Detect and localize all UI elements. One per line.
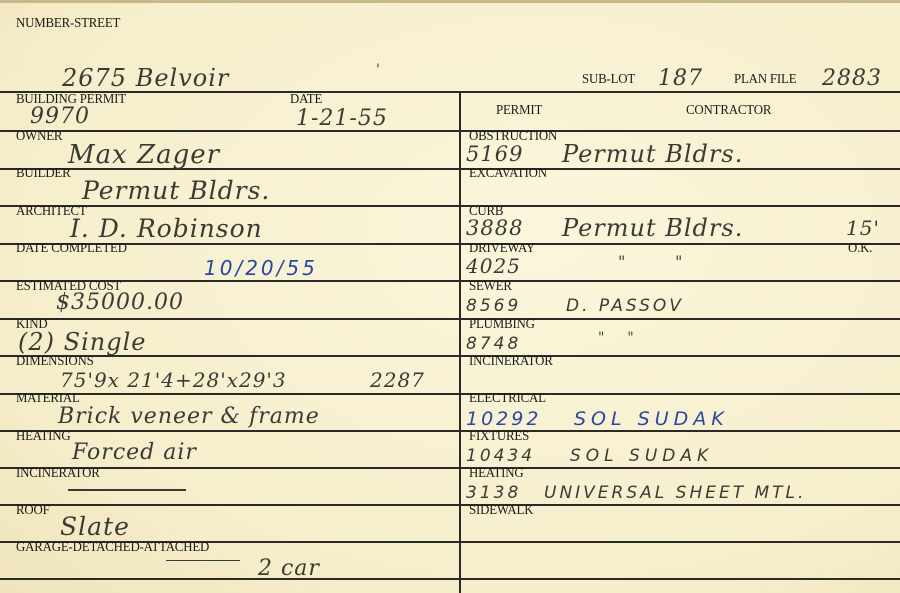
plan-file-value: 2883 (822, 66, 882, 91)
permit-card: NUMBER-STREET 2675 Belvoir ' SUB-LOT 187… (0, 0, 900, 593)
plumbing-permit: 8748 (466, 334, 521, 354)
dimensions-extra: 2287 (370, 368, 425, 392)
date-completed-label: DATE COMPLETED (16, 241, 127, 257)
row-rule (0, 280, 900, 282)
driveway-note: O.K. (848, 241, 872, 257)
card-top-edge (0, 0, 900, 3)
stray-mark: ' (376, 62, 381, 78)
sub-lot-value: 187 (658, 66, 703, 91)
curb-permit: 3888 (466, 216, 523, 240)
attached-underline (166, 560, 240, 561)
electrical-label: ELECTRICAL (469, 391, 546, 407)
row-rule (0, 393, 900, 395)
row-rule (0, 205, 900, 207)
contractor-column-header: CONTRACTOR (686, 103, 771, 119)
driveway-contractor: " " (618, 252, 683, 271)
date-completed-value: 10/20/55 (204, 256, 318, 280)
builder-value: Permut Bldrs. (82, 176, 270, 205)
roof-value: Slate (60, 512, 130, 541)
row-rule (0, 430, 900, 432)
incinerator-dash (68, 489, 186, 491)
kind-value: (2) Single (18, 328, 146, 356)
header-rule (0, 91, 900, 93)
plumbing-contractor: " " (598, 330, 635, 346)
row-rule (0, 130, 900, 132)
column-divider (459, 91, 461, 593)
architect-value: I. D. Robinson (70, 214, 263, 243)
estimated-cost-value: $35000.00 (56, 290, 184, 315)
fixtures-label: FIXTURES (469, 429, 529, 445)
fixtures-permit: 10434 (466, 446, 535, 466)
electrical-permit: 10292 (466, 408, 541, 430)
row-rule (0, 578, 900, 580)
sewer-permit: 8569 (466, 296, 521, 316)
row-rule (0, 243, 900, 245)
obstruction-contractor: Permut Bldrs. (562, 140, 743, 168)
number-street-label: NUMBER-STREET (16, 16, 120, 32)
row-rule (0, 467, 900, 469)
plan-file-label: PLAN FILE (734, 72, 796, 88)
obstruction-permit: 5169 (466, 142, 523, 166)
heating-label: HEATING (16, 429, 71, 445)
building-permit-value: 9970 (30, 104, 90, 129)
fixtures-contractor: SOL SUDAK (570, 446, 713, 466)
incinerator-label: INCINERATOR (16, 466, 100, 482)
owner-label: OWNER (16, 129, 62, 145)
heating-contractor: UNIVERSAL SHEET MTL. (544, 483, 806, 503)
garage-value: 2 car (258, 556, 320, 581)
sidewalk-label: SIDEWALK (469, 503, 533, 519)
plumbing-label: PLUMBING (469, 317, 535, 333)
number-street-value: 2675 Belvoir (62, 64, 229, 92)
dimensions-value: 75'9x 21'4+28'x29'3 (60, 368, 287, 392)
owner-value: Max Zager (68, 140, 220, 170)
curb-note: 15' (846, 216, 880, 240)
sewer-contractor: D. PASSOV (566, 296, 684, 316)
roof-label: ROOF (16, 503, 50, 519)
date-value: 1-21-55 (296, 106, 388, 131)
material-value: Brick veneer & frame (58, 404, 320, 429)
electrical-contractor: SOL SUDAK (574, 408, 729, 430)
incinerator-permit-label: INCINERATOR (469, 354, 553, 370)
row-rule (0, 318, 900, 320)
builder-label: BUILDER (16, 166, 71, 182)
sub-lot-label: SUB-LOT (582, 72, 635, 88)
sewer-label: SEWER (469, 279, 512, 295)
driveway-permit: 4025 (466, 254, 521, 278)
curb-contractor: Permut Bldrs. (562, 214, 743, 242)
garage-label: GARAGE-DETACHED-ATTACHED (16, 540, 209, 556)
heating-value: Forced air (72, 440, 197, 465)
excavation-label: EXCAVATION (469, 166, 547, 182)
row-rule (0, 504, 900, 506)
permit-column-header: PERMIT (496, 103, 542, 119)
heating-permit-label: HEATING (469, 466, 524, 482)
heating-permit: 3138 (466, 483, 521, 503)
